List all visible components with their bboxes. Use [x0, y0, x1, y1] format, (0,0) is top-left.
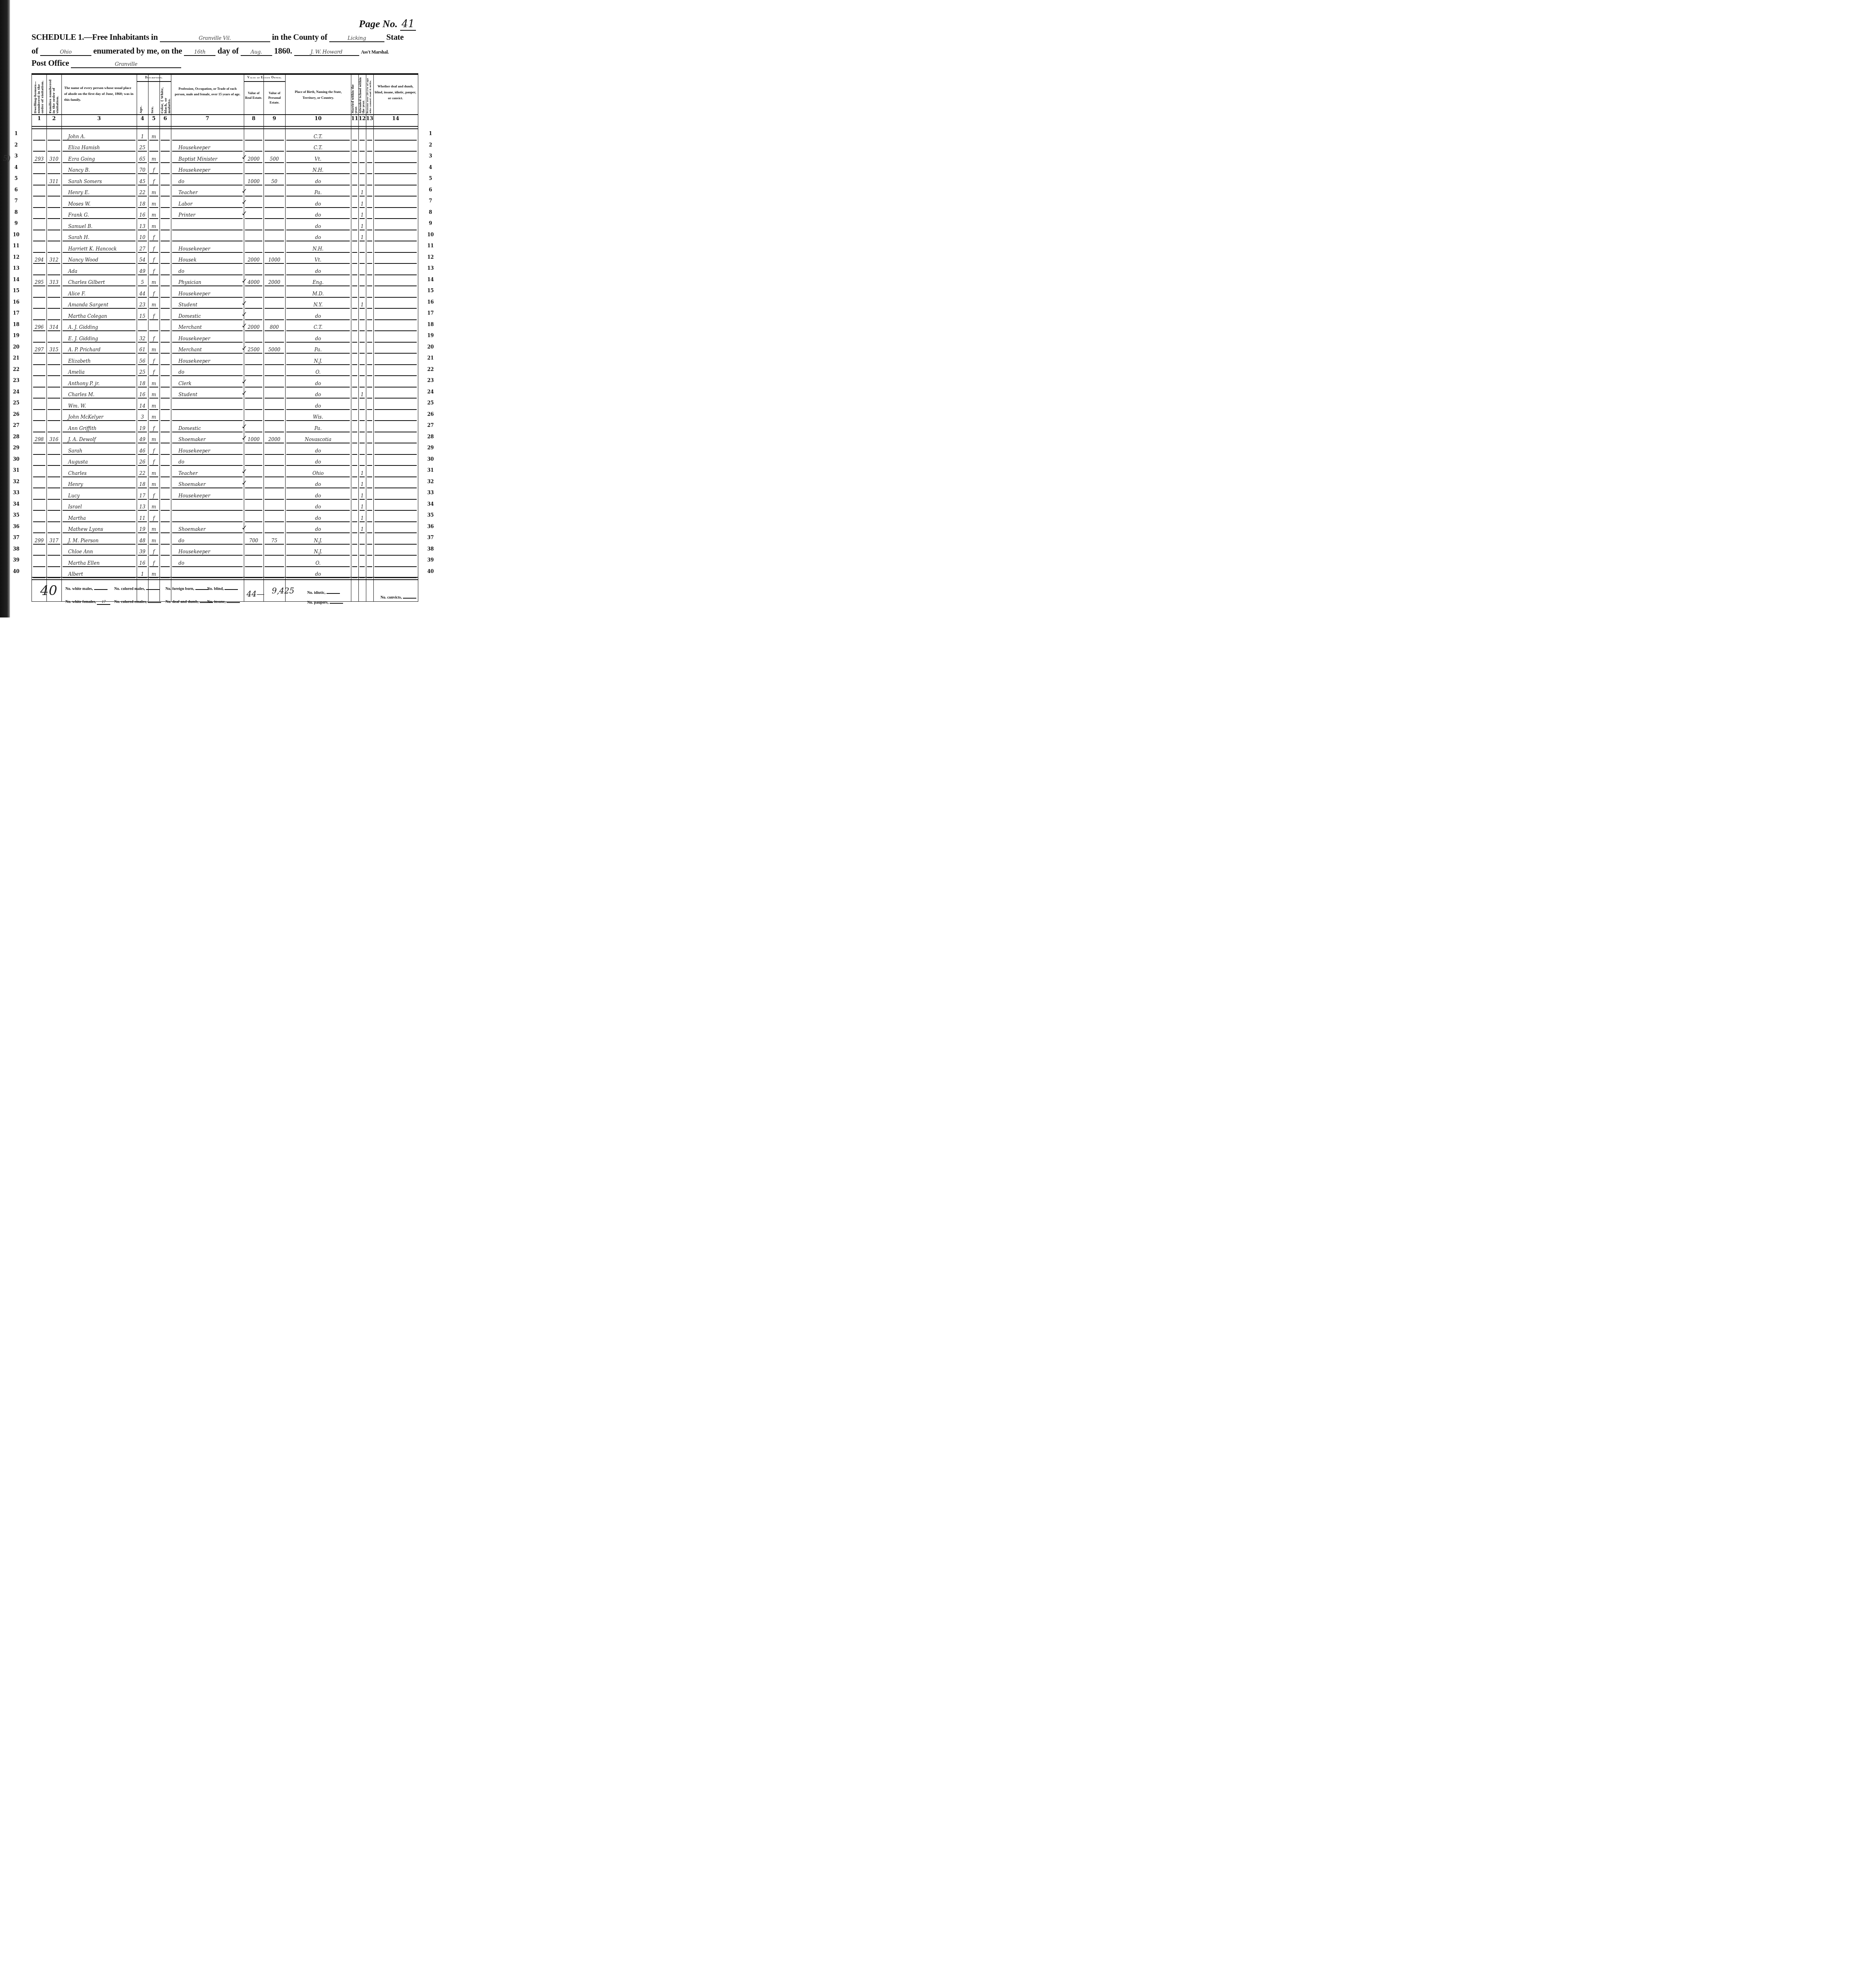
cell-married	[352, 467, 357, 477]
table-row: Augusta26fdodo	[32, 456, 418, 467]
checkmark-icon: ✓	[241, 423, 247, 431]
col-8-number: 8	[244, 116, 263, 124]
cell-married	[352, 198, 357, 208]
cell-name: Wm. W.	[63, 400, 135, 410]
table-row: 297315A. P. Prichard61mMerchant25005000P…	[32, 343, 418, 355]
cell-name: Amelia	[63, 366, 135, 376]
cell-empty	[161, 164, 170, 174]
cell-family	[48, 411, 60, 421]
checkmark-icon: ✓	[241, 344, 247, 352]
cell-married	[352, 321, 357, 332]
line-number-left: 15	[11, 288, 21, 293]
cell-birth: N.H.	[286, 164, 350, 174]
cell-sex: m	[149, 130, 158, 141]
cell-illiterate	[367, 501, 372, 511]
cell-age: 44	[138, 287, 147, 298]
cell-name: Elizabeth	[63, 355, 135, 365]
cell-name: Nancy B.	[63, 164, 135, 174]
cell-illiterate	[367, 287, 372, 298]
cell-age: 48	[138, 534, 147, 545]
cell-dwelling	[33, 456, 45, 466]
cell-empty	[375, 489, 417, 500]
cell-illiterate	[367, 422, 372, 432]
cell-empty	[161, 445, 170, 455]
line-number-left: 38	[11, 546, 21, 552]
cell-sex: f	[149, 254, 158, 264]
table-row: Amanda Sargent23mStudentN.Y.1✓	[32, 299, 418, 310]
blind-label: No. blind,	[207, 587, 238, 591]
cell-name: Martha Ellen	[63, 557, 135, 567]
cell-dwelling	[33, 557, 45, 567]
cell-empty	[161, 377, 170, 387]
cell-dwelling	[33, 546, 45, 556]
cell-empty	[161, 478, 170, 489]
cell-married	[352, 276, 357, 287]
cell-birth: do	[286, 501, 350, 511]
cell-married	[352, 232, 357, 242]
cell-birth: do	[286, 377, 350, 387]
cell-dwelling: 293	[33, 153, 45, 163]
cell-age: 22	[138, 467, 147, 477]
cell-family: 312	[48, 254, 60, 264]
cell-personal	[265, 220, 284, 230]
line-number-right: 24	[425, 389, 436, 395]
cell-empty	[161, 220, 170, 230]
cell-name: Henry	[63, 478, 135, 489]
table-row: Lucy17fHousekeeperdo1	[32, 489, 418, 501]
cell-age: 54	[138, 254, 147, 264]
cell-illiterate	[367, 377, 372, 387]
cell-name: Charles	[63, 467, 135, 477]
cell-dwelling: 297	[33, 344, 45, 354]
cell-family	[48, 456, 60, 466]
cell-married	[352, 366, 357, 376]
cell-dwelling	[33, 366, 45, 376]
table-row: Samuel B.13mdo1	[32, 220, 418, 231]
cell-occupation: do	[172, 557, 243, 567]
cell-age: 13	[138, 220, 147, 230]
cell-occupation: Housekeeper	[172, 489, 243, 500]
line-number-right: 9	[425, 221, 436, 226]
cell-name: Chloe Ann	[63, 546, 135, 556]
cell-sex: f	[149, 546, 158, 556]
cell-personal	[265, 232, 284, 242]
cell-illiterate	[367, 243, 372, 253]
line-number-right: 33	[425, 490, 436, 495]
line-number-right: 34	[425, 501, 436, 507]
cell-empty	[375, 130, 417, 141]
white-females-value: 17	[97, 600, 110, 605]
cell-personal	[265, 389, 284, 399]
cell-birth: do	[286, 332, 350, 343]
cell-school: 1	[360, 523, 365, 534]
colored-males-label: No. colored males,	[114, 587, 160, 591]
cell-age: 19	[138, 523, 147, 534]
cell-age: 17	[138, 489, 147, 500]
cell-birth: do	[286, 265, 350, 275]
table-row: 296314A. J. GiddingMerchant2000800C.T.✓	[32, 321, 418, 332]
cell-age: 1	[138, 130, 147, 141]
cell-sex: f	[149, 489, 158, 500]
cell-married	[352, 187, 357, 197]
cell-real	[245, 411, 262, 421]
cell-real	[245, 198, 262, 208]
cell-empty	[375, 400, 417, 410]
cell-occupation	[172, 130, 243, 141]
cell-empty	[161, 557, 170, 567]
cell-real	[245, 209, 262, 219]
cell-empty	[375, 254, 417, 264]
cell-dwelling	[33, 232, 45, 242]
cell-family	[48, 467, 60, 477]
cell-occupation: Housekeeper	[172, 142, 243, 152]
cell-age: 15	[138, 310, 147, 320]
cell-illiterate	[367, 400, 372, 410]
line-number-right: 27	[425, 423, 436, 428]
cell-school	[360, 534, 365, 545]
line-number-left: 32	[11, 479, 21, 484]
cell-sex	[149, 321, 158, 332]
cell-real	[245, 187, 262, 197]
cell-personal: 800	[265, 321, 284, 332]
cell-sex: m	[149, 220, 158, 230]
cell-married	[352, 265, 357, 275]
cell-personal	[265, 377, 284, 387]
cell-real	[245, 389, 262, 399]
checkmark-icon: ✓	[241, 467, 247, 476]
table-row: Martha Ellen16fdoO.	[32, 556, 418, 568]
cell-family	[48, 523, 60, 534]
cell-illiterate	[367, 254, 372, 264]
cell-illiterate	[367, 265, 372, 275]
cell-illiterate	[367, 220, 372, 230]
cell-real	[245, 220, 262, 230]
cell-name: Mathew Lyons	[63, 523, 135, 534]
cell-dwelling	[33, 220, 45, 230]
cell-personal	[265, 422, 284, 432]
cell-name: Augusta	[63, 456, 135, 466]
cell-family	[48, 198, 60, 208]
cell-empty	[161, 411, 170, 421]
cell-empty	[161, 142, 170, 152]
cell-name: E. J. Gidding	[63, 332, 135, 343]
cell-illiterate	[367, 478, 372, 489]
line-number-left: 22	[11, 367, 21, 372]
cell-school	[360, 445, 365, 455]
cell-married	[352, 175, 357, 185]
cell-dwelling	[33, 478, 45, 489]
cell-dwelling	[33, 411, 45, 421]
cell-illiterate	[367, 456, 372, 466]
cell-personal	[265, 445, 284, 455]
cell-school	[360, 366, 365, 376]
cell-personal: 5000	[265, 344, 284, 354]
convicts-label: No. convicts,	[380, 595, 416, 600]
cell-birth: C.T.	[286, 130, 350, 141]
cell-real	[245, 456, 262, 466]
col-14-number: 14	[373, 116, 418, 124]
cell-sex: f	[149, 265, 158, 275]
cell-real	[245, 546, 262, 556]
cell-name: Alice F.	[63, 287, 135, 298]
cell-empty	[161, 344, 170, 354]
cell-dwelling	[33, 187, 45, 197]
cell-empty	[161, 512, 170, 522]
cell-name: Charles Gilbert	[63, 276, 135, 287]
cell-empty	[161, 175, 170, 185]
cell-birth: N.J.	[286, 534, 350, 545]
cell-family: 310	[48, 153, 60, 163]
cell-school	[360, 175, 365, 185]
cell-family	[48, 546, 60, 556]
cell-personal	[265, 142, 284, 152]
cell-birth: do	[286, 456, 350, 466]
cell-dwelling	[33, 523, 45, 534]
cell-illiterate	[367, 557, 372, 567]
cell-school	[360, 332, 365, 343]
cell-occupation: Housekeeper	[172, 164, 243, 174]
cell-empty	[161, 355, 170, 365]
col-5-heading: Sex.	[150, 91, 158, 113]
cell-empty	[375, 299, 417, 309]
line-number-right: 16	[425, 299, 436, 305]
line-number-left: 10	[11, 232, 21, 237]
checkmark-icon: ✓	[241, 299, 247, 308]
cell-empty	[375, 512, 417, 522]
cell-occupation: Student	[172, 299, 243, 309]
line-number-right: 4	[425, 165, 436, 170]
cell-sex: f	[149, 456, 158, 466]
cell-sex: f	[149, 310, 158, 320]
table-row: Harriett K. Hancock27fHousekeeperN.H.	[32, 242, 418, 254]
cell-married	[352, 310, 357, 320]
line-number-right: 25	[425, 400, 436, 406]
line-number-right: 30	[425, 456, 436, 462]
line-number-left: 40	[11, 569, 21, 574]
cell-sex: f	[149, 445, 158, 455]
line-number-right: 13	[425, 265, 436, 271]
header-line-3: Post Office Granville	[32, 58, 181, 68]
enumerated-label: enumerated by me, on the	[93, 46, 182, 56]
table-row: John McKelyer3mWis.	[32, 411, 418, 422]
cell-age: 65	[138, 153, 147, 163]
cell-sex: m	[149, 411, 158, 421]
cell-married	[352, 411, 357, 421]
cell-empty	[161, 299, 170, 309]
cell-age: 14	[138, 400, 147, 410]
cell-dwelling	[33, 310, 45, 320]
white-females-label: No. white females, 17	[65, 600, 110, 605]
real-estate-total: 44—	[247, 589, 264, 599]
cell-occupation: Merchant	[172, 321, 243, 332]
cell-family	[48, 478, 60, 489]
cell-empty	[161, 265, 170, 275]
cell-empty	[375, 422, 417, 432]
table-row: Henry18mShoemakerdo1✓	[32, 478, 418, 489]
cell-personal: 75	[265, 534, 284, 545]
cell-occupation: Physician	[172, 276, 243, 287]
cell-sex: f	[149, 512, 158, 522]
cell-empty	[161, 501, 170, 511]
line-number-right: 7	[425, 198, 436, 204]
cell-occupation	[172, 512, 243, 522]
cell-illiterate	[367, 232, 372, 242]
cell-illiterate	[367, 310, 372, 320]
cell-birth: Vt.	[286, 153, 350, 163]
cell-sex: f	[149, 557, 158, 567]
col-8-heading: Value of Real Estate.	[245, 91, 263, 100]
cell-married	[352, 254, 357, 264]
cell-occupation: do	[172, 456, 243, 466]
cell-age: 32	[138, 332, 147, 343]
cell-birth: Pa.	[286, 187, 350, 197]
cell-empty	[375, 445, 417, 455]
line-number-right: 39	[425, 557, 436, 563]
cell-birth: do	[286, 232, 350, 242]
cell-name: Israel	[63, 501, 135, 511]
cell-real	[245, 422, 262, 432]
cell-school	[360, 411, 365, 421]
cell-real: 1000	[245, 434, 262, 444]
table-row: Sarah46fHousekeeperdo	[32, 444, 418, 456]
line-number-left: 4	[11, 165, 21, 170]
cell-birth: M.D.	[286, 287, 350, 298]
cell-school	[360, 355, 365, 365]
cell-illiterate	[367, 130, 372, 141]
cell-family	[48, 366, 60, 376]
cell-name: Nancy Wood	[63, 254, 135, 264]
cell-sex: m	[149, 276, 158, 287]
cell-dwelling	[33, 445, 45, 455]
cell-personal	[265, 501, 284, 511]
cell-empty	[375, 523, 417, 534]
estate-group-heading: Value of Estate Owned.	[244, 76, 285, 79]
cell-family: 314	[48, 321, 60, 332]
cell-birth: do	[286, 310, 350, 320]
cell-school	[360, 344, 365, 354]
line-number-right: 37	[425, 535, 436, 540]
cell-dwelling	[33, 377, 45, 387]
table-row: Ann Griffith19fDomesticPa.✓	[32, 422, 418, 433]
cell-real	[245, 478, 262, 489]
checkmark-icon: ✓	[241, 389, 247, 397]
line-number-right: 19	[425, 333, 436, 338]
cell-real	[245, 366, 262, 376]
cell-name: Sarah H.	[63, 232, 135, 242]
cell-personal	[265, 310, 284, 320]
cell-name: Moses W.	[63, 198, 135, 208]
cell-married	[352, 243, 357, 253]
cell-birth: do	[286, 389, 350, 399]
cell-school: 1	[360, 187, 365, 197]
post-office-field: Granville	[71, 61, 181, 68]
checkmark-icon: ✓	[241, 210, 247, 218]
cell-birth: do	[286, 400, 350, 410]
cell-age: 46	[138, 445, 147, 455]
cell-illiterate	[367, 321, 372, 332]
cell-dwelling	[33, 175, 45, 185]
checkmark-icon: ✓	[241, 322, 247, 330]
line-number-left: 9	[11, 221, 21, 226]
cell-family	[48, 220, 60, 230]
checkmark-icon: ✓	[241, 198, 247, 206]
cell-empty	[161, 209, 170, 219]
year-label: 1860.	[274, 46, 292, 56]
cell-occupation: do	[172, 175, 243, 185]
cell-personal	[265, 299, 284, 309]
cell-birth: do	[286, 489, 350, 500]
cell-name: Sarah	[63, 445, 135, 455]
cell-real	[245, 299, 262, 309]
cell-birth: do	[286, 220, 350, 230]
cell-empty	[375, 546, 417, 556]
cell-dwelling	[33, 299, 45, 309]
line-number-right: 17	[425, 310, 436, 316]
cell-school: 1	[360, 501, 365, 511]
col-3-number: 3	[61, 116, 137, 124]
cell-occupation: Shoemaker	[172, 434, 243, 444]
col-11-number: 11	[351, 116, 358, 124]
cell-dwelling	[33, 142, 45, 152]
line-number-right: 26	[425, 412, 436, 417]
table-row: John A.1mC.T.	[32, 130, 418, 141]
cell-real	[245, 489, 262, 500]
cell-illiterate	[367, 299, 372, 309]
line-number-left: 27	[11, 423, 21, 428]
cell-age: 18	[138, 377, 147, 387]
cell-school	[360, 422, 365, 432]
line-number-left: 7	[11, 198, 21, 204]
cell-school	[360, 456, 365, 466]
cell-personal	[265, 355, 284, 365]
cell-name: Ezra Going	[63, 153, 135, 163]
cell-illiterate	[367, 523, 372, 534]
cell-birth: Vt.	[286, 254, 350, 264]
cell-married	[352, 142, 357, 152]
cell-real: 2000	[245, 153, 262, 163]
cell-married	[352, 355, 357, 365]
cell-dwelling: 296	[33, 321, 45, 332]
cell-family	[48, 489, 60, 500]
cell-dwelling	[33, 501, 45, 511]
cell-dwelling	[33, 422, 45, 432]
cell-personal	[265, 265, 284, 275]
cell-empty	[375, 456, 417, 466]
cell-illiterate	[367, 355, 372, 365]
cell-school	[360, 276, 365, 287]
cell-married	[352, 299, 357, 309]
table-row: 299317J. M. Pierson48mdo70075N.J.	[32, 534, 418, 545]
cell-school	[360, 310, 365, 320]
line-number-left: 34	[11, 501, 21, 507]
cell-illiterate	[367, 209, 372, 219]
line-number-right: 38	[425, 546, 436, 552]
cell-dwelling	[33, 243, 45, 253]
cell-empty	[375, 366, 417, 376]
cell-empty	[161, 243, 170, 253]
col-10-number: 10	[285, 116, 351, 124]
cell-age: 5	[138, 276, 147, 287]
col-6-heading: Color, { White, black, or mulatto.	[160, 83, 171, 113]
cell-sex: f	[149, 332, 158, 343]
cell-age	[138, 321, 147, 332]
col-9-number: 9	[263, 116, 285, 124]
line-number-right: 5	[425, 176, 436, 181]
cell-age: 11	[138, 512, 147, 522]
cell-personal	[265, 164, 284, 174]
line-number-right: 23	[425, 378, 436, 383]
line-number-left: 39	[11, 557, 21, 563]
